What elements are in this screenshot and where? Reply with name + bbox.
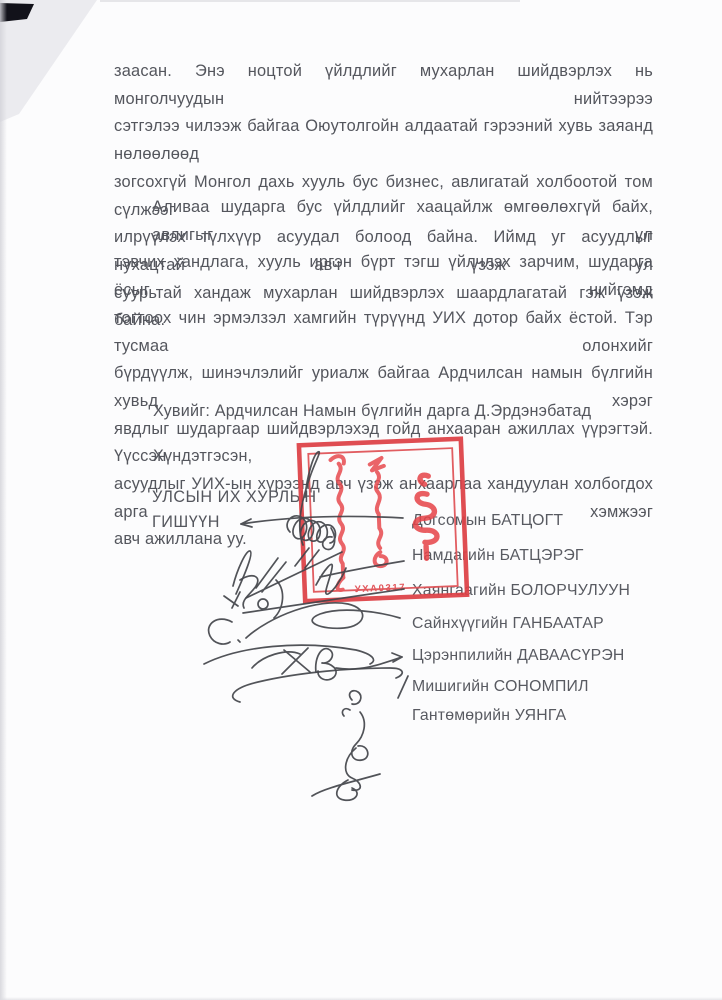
document-page: заасан. Энэ ноцтой үйлдлийг мухарлан ший… (0, 0, 722, 1000)
stamp-script-column-2 (370, 458, 388, 566)
stamp-script-column-1 (330, 456, 349, 590)
stamp-script-column-3 (413, 475, 437, 559)
signature-uyanga (312, 691, 380, 801)
stamp-and-signatures-overlay: УХА0317 (0, 0, 722, 1000)
signature-davaasuren (252, 648, 402, 680)
signature-sonompil (233, 668, 408, 702)
